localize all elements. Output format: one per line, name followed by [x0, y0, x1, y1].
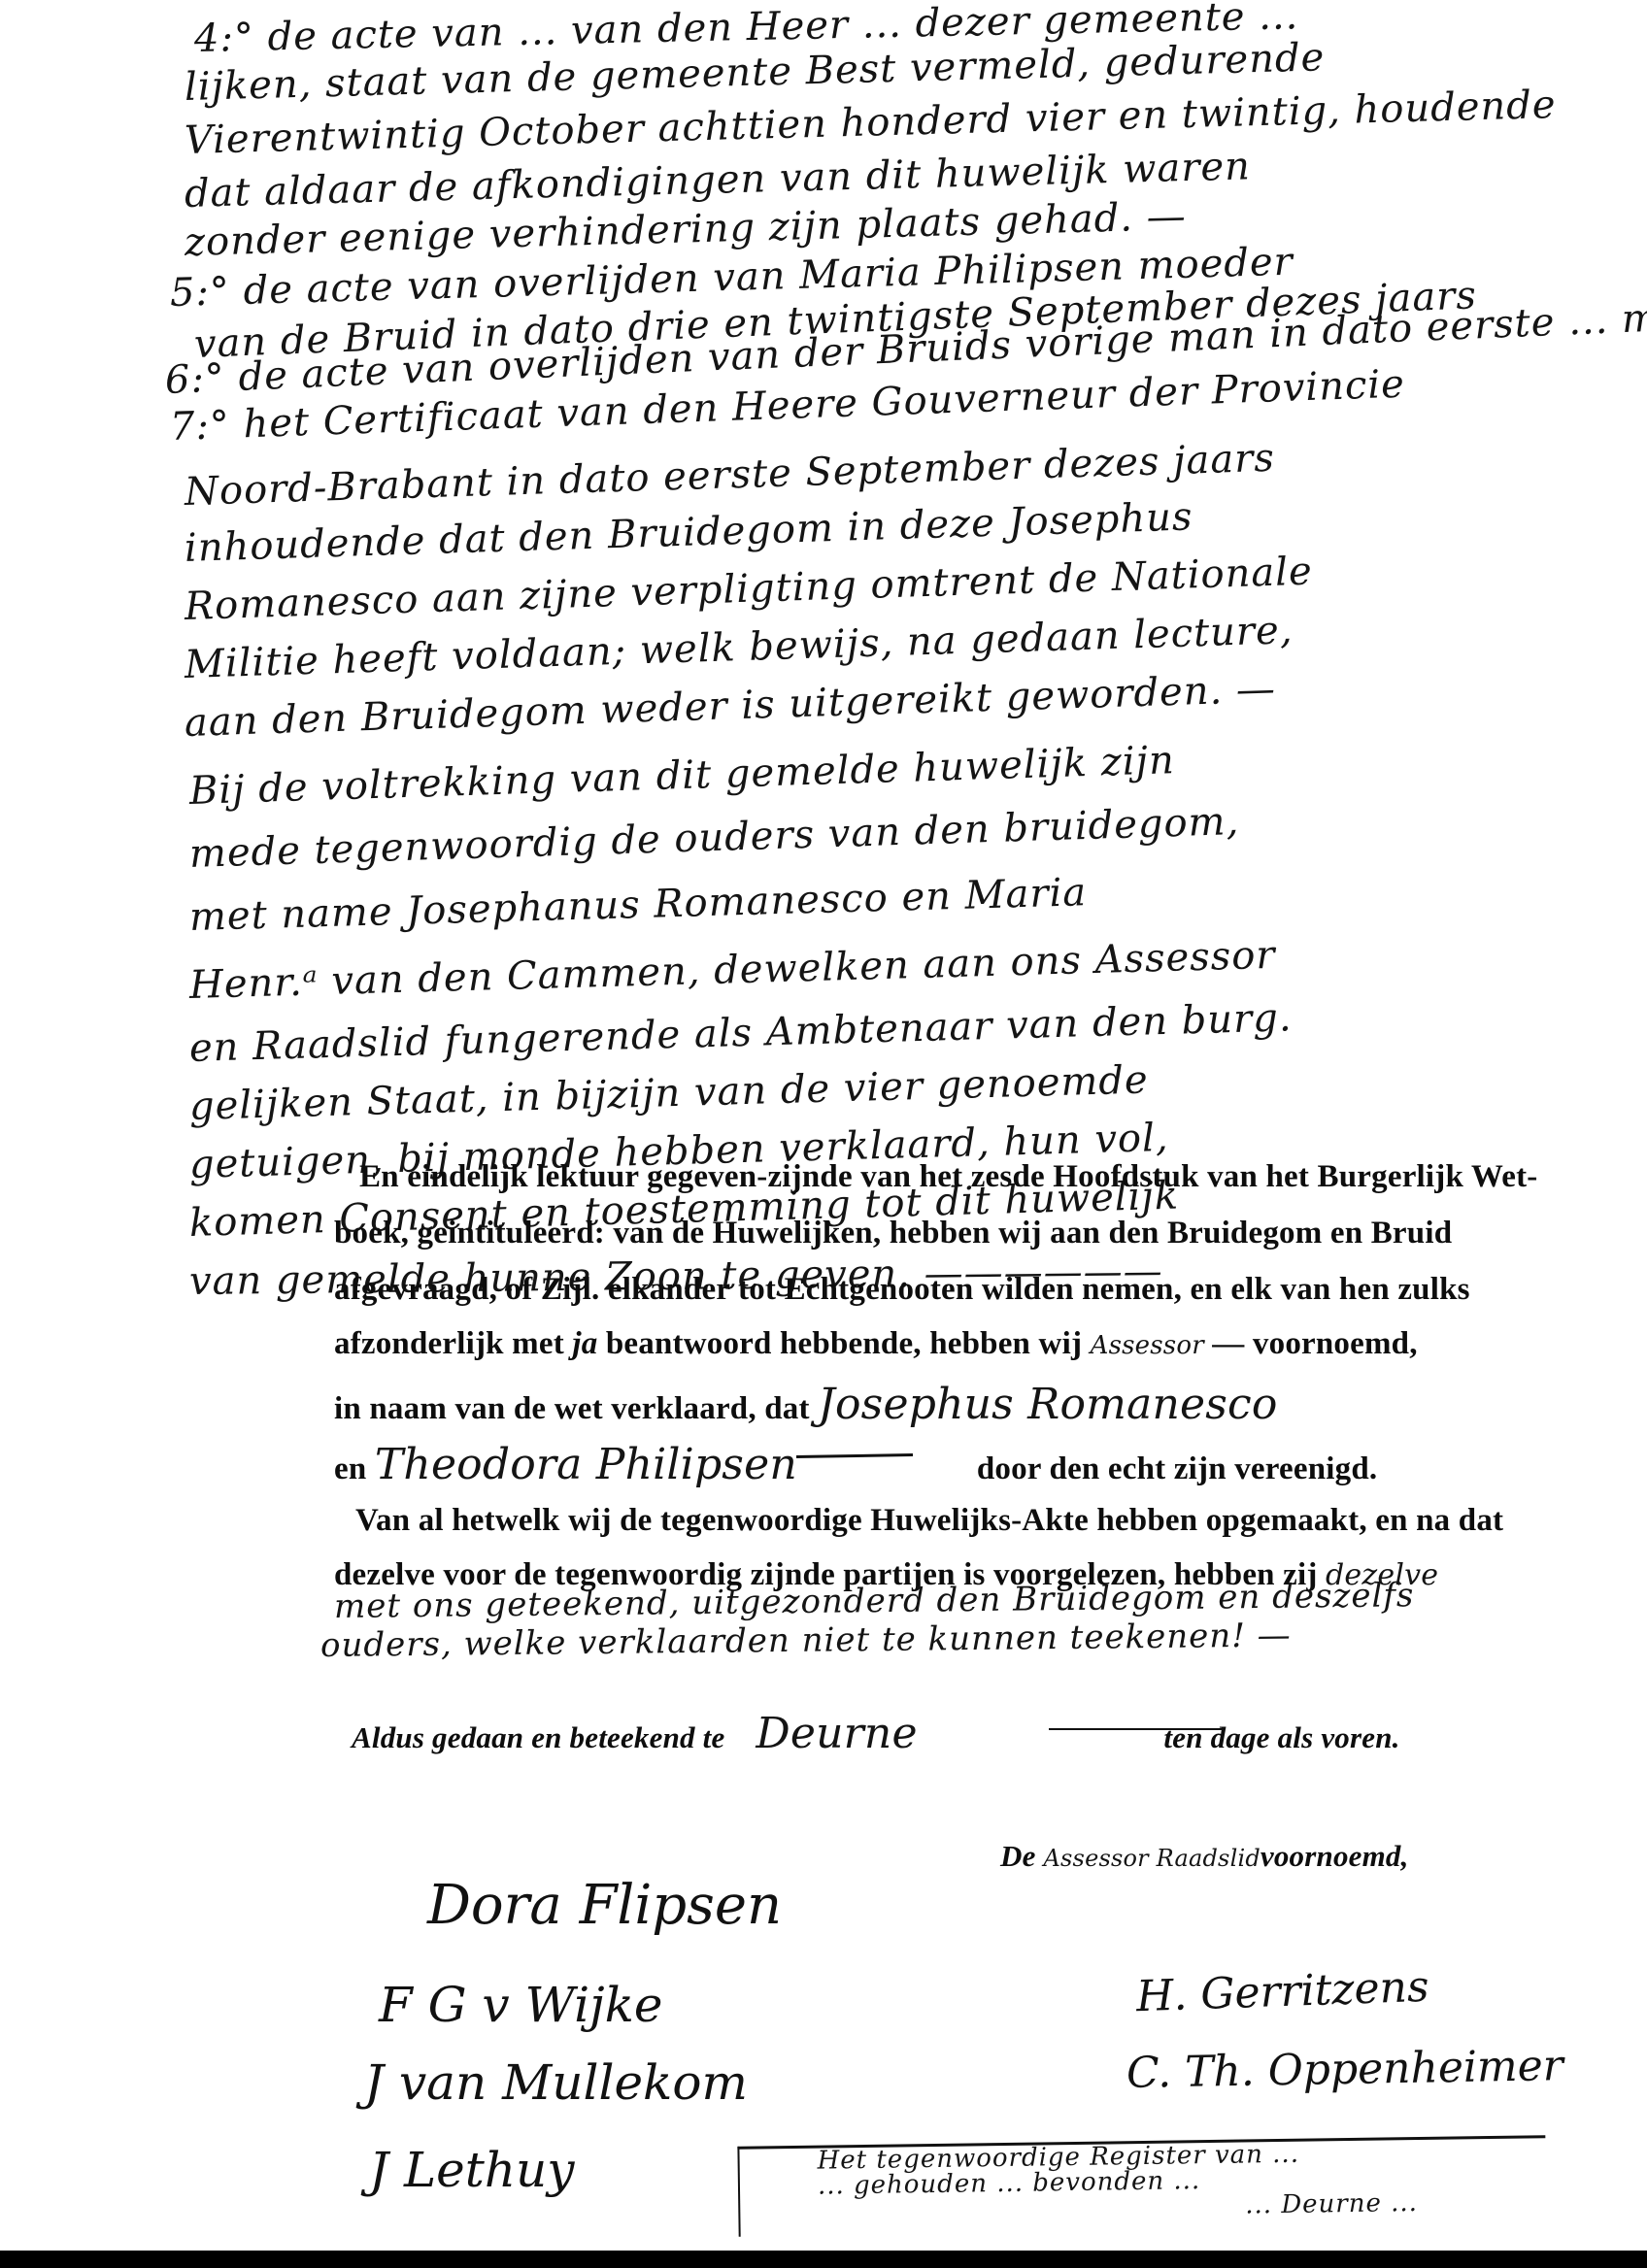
signature-bride: Dora Flipsen — [427, 1879, 782, 1933]
handwritten-line: ouders, welke verklaarden niet te kunnen… — [320, 1619, 1292, 1662]
blank-line — [1049, 1728, 1224, 1730]
text: en — [334, 1451, 375, 1486]
signature-witness-2: J van Mullekom — [364, 2058, 748, 2107]
text: De — [1000, 1839, 1044, 1873]
signature-witness-1: F G v Wijke — [379, 1981, 662, 2029]
printed-line-4: afzonderlijk met ja beantwoord hebbende,… — [334, 1328, 1418, 1360]
handwritten-fill-bride-name: Theodora Philipsen — [375, 1444, 977, 1486]
signature-official-1: H. Gerritzens — [1135, 1966, 1429, 2018]
printed-line-7: Van al hetwelk wij de tegenwoordige Huwe… — [355, 1505, 1503, 1537]
margin-note-line: ... Deurne ... — [1245, 2188, 1546, 2218]
printed-line-1: En eindelijk lektuur gegeven-zijnde van … — [359, 1161, 1537, 1193]
handwritten-fill-groom-name: Josephus Romanesco — [818, 1380, 1277, 1429]
printed-line-6: en Theodora Philipsendoor den echt zijn … — [334, 1444, 1377, 1486]
handwritten-fill-place: Deurne — [756, 1713, 1163, 1755]
signature-witness-3: J Lethuy — [369, 2146, 574, 2194]
printed-closing-line: Aldus gedaan en beteekend te Deurneten d… — [352, 1713, 1400, 1755]
printed-line-3: afgevraagd, of Zijl. elkander tot Echtge… — [334, 1274, 1470, 1306]
printed-line-5: in naam van de wet verklaard, dat Joseph… — [334, 1384, 1278, 1426]
text: voornoemd, — [1260, 1839, 1409, 1873]
handwritten-line: Bij de voltrekking van dit gemelde huwel… — [188, 741, 1175, 811]
text: — voornoemd, — [1204, 1326, 1418, 1361]
printed-official-line: De Assessor Raadslidvoornoemd, — [1000, 1841, 1409, 1871]
scan-border — [0, 2251, 1647, 2268]
text: in naam van de wet verklaard, dat — [334, 1391, 818, 1426]
handwritten-line: gelijken Staat, in bijzijn van de vier g… — [188, 1060, 1149, 1126]
signature-official-2: C. Th. Oppenheimer — [1126, 2045, 1563, 2095]
document-page: 4:° de acte van ... van den Heer ... dez… — [0, 0, 1647, 2251]
text: Aldus gedaan en beteekend te — [352, 1720, 732, 1754]
text-ja: ja — [572, 1326, 597, 1361]
text: afzonderlijk met — [334, 1326, 572, 1361]
printed-line-2: boek, geintituleerd: van de Huwelijken, … — [334, 1217, 1452, 1250]
handwritten-fill-title: Assessor Raadslid — [1044, 1845, 1260, 1872]
margin-note-box: Het tegenwoordige Register van ... ... g… — [737, 2135, 1546, 2237]
handwritten-line: mede tegenwoordig de ouders van den brui… — [188, 802, 1239, 874]
text: beantwoord hebbende, hebben wij — [597, 1326, 1090, 1361]
text: ten dage als voren. — [1163, 1720, 1399, 1754]
handwritten-fill-assessor: Assessor — [1091, 1331, 1204, 1360]
handwritten-line: met name Josephanus Romanesco en Maria — [188, 873, 1087, 937]
text: door den echt zijn vereenigd. — [977, 1451, 1377, 1486]
handwritten-line: Henr.ᵃ van den Cammen, dewelken aan ons … — [188, 936, 1276, 1005]
